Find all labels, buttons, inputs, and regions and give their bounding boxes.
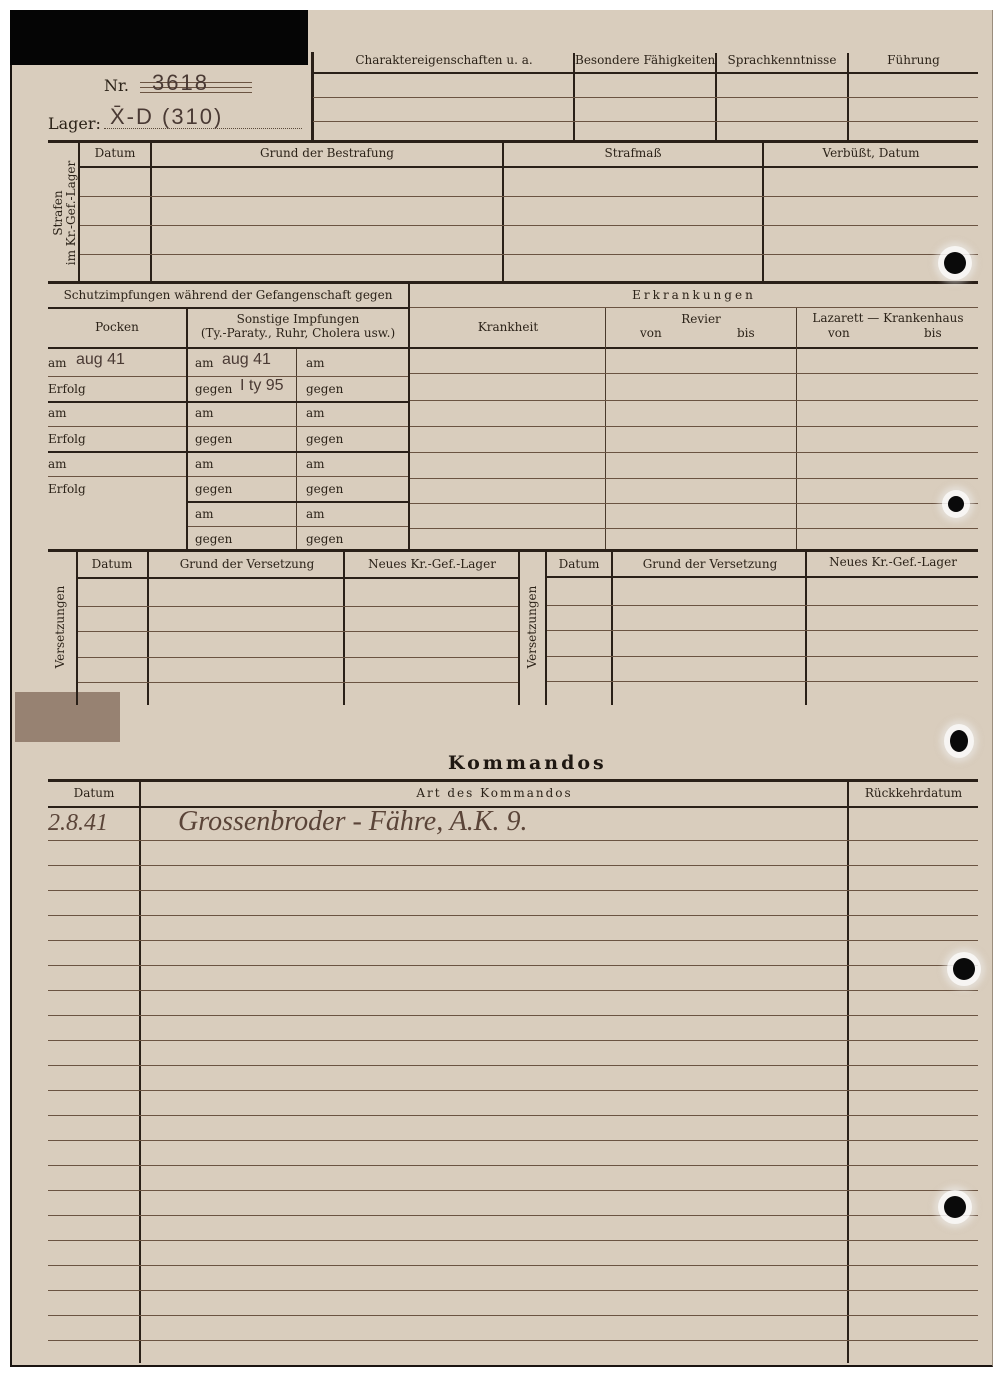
sonst-am-1b: am bbox=[306, 356, 325, 370]
punch-hole bbox=[953, 958, 975, 980]
sonstige-header-1: Sonstige Impfungen bbox=[237, 312, 360, 326]
kommandos-rule bbox=[48, 1215, 978, 1216]
kommandos-sep-1 bbox=[139, 781, 141, 1363]
top-header-rule bbox=[313, 72, 978, 74]
kommandos-rule bbox=[48, 1165, 978, 1166]
impfungen-header-rule bbox=[48, 347, 978, 349]
section-rule-top bbox=[48, 140, 978, 143]
sonst-rule-4 bbox=[188, 451, 408, 453]
vers-right-rule-3 bbox=[547, 656, 978, 657]
sonst-am-3b: am bbox=[306, 457, 325, 471]
kommandos-rule bbox=[48, 1315, 978, 1316]
col-sprachkenntnisse: Sprachkenntnisse bbox=[717, 53, 847, 67]
vers-left-header-rule bbox=[78, 577, 518, 579]
vers-right-col-datum: Datum bbox=[547, 557, 611, 571]
kommandos-title: Kommandos bbox=[448, 752, 607, 774]
vers-right-sep-1 bbox=[611, 552, 613, 705]
nr-label: Nr. bbox=[104, 76, 129, 95]
kommando-1-datum[interactable]: 2.8.41 bbox=[48, 810, 108, 837]
redaction-block bbox=[10, 10, 308, 65]
punch-hole bbox=[950, 730, 968, 752]
sonst-gegen-3a: gegen bbox=[195, 482, 232, 496]
vers-left-side-label: Versetzungen bbox=[53, 557, 67, 697]
punch-hole bbox=[944, 1196, 966, 1218]
strafen-side-sep bbox=[78, 143, 80, 282]
erk-sep-1 bbox=[605, 308, 606, 550]
sonst-gegen-1a: gegen bbox=[195, 382, 232, 396]
sonst-rule-6 bbox=[188, 501, 408, 503]
lager-value[interactable]: X̄-D (310) bbox=[110, 104, 223, 130]
kommandos-rule bbox=[48, 1340, 978, 1341]
sonstige-header-2: (Ty.-Paraty., Ruhr, Cholera usw.) bbox=[201, 326, 395, 340]
sonst-gegen-2a: gegen bbox=[195, 432, 232, 446]
lazarett-von: von bbox=[828, 326, 850, 340]
vers-left-rule-4 bbox=[78, 682, 518, 683]
vers-right-rule-4 bbox=[547, 681, 978, 682]
pocken-rule-2 bbox=[48, 401, 186, 403]
top-row-rule-1 bbox=[313, 97, 978, 98]
strafen-col-datum: Datum bbox=[80, 146, 150, 160]
impfungen-sep-2 bbox=[296, 349, 297, 550]
erk-rule-3 bbox=[410, 426, 978, 427]
strafen-col-verbuesst: Verbüßt, Datum bbox=[764, 146, 978, 160]
sonst-gegen-4a: gegen bbox=[195, 532, 232, 546]
pocken-header: Pocken bbox=[48, 320, 186, 334]
vers-right-col-lager: Neues Kr.-Gef.-Lager bbox=[808, 555, 978, 569]
vers-right-header-rule bbox=[547, 576, 978, 578]
pocken-erfolg-3: Erfolg bbox=[48, 482, 86, 496]
pocken-erfolg-1: Erfolg bbox=[48, 382, 86, 396]
sonst-am-4b: am bbox=[306, 507, 325, 521]
lager-label: Lager: bbox=[48, 114, 101, 133]
strafen-row-rule-1 bbox=[80, 196, 978, 197]
vers-right-sep-2 bbox=[805, 552, 807, 705]
nr-value[interactable]: 3618 bbox=[152, 70, 209, 96]
sonst-rule-3 bbox=[188, 426, 408, 427]
kommandos-top-rule bbox=[48, 779, 978, 782]
sonst-gegen-3b: gegen bbox=[306, 482, 343, 496]
erkrankungen-title-rule bbox=[410, 307, 978, 308]
kommandos-rule bbox=[48, 840, 978, 841]
tape-strip bbox=[15, 692, 120, 742]
sonst-am-4a: am bbox=[195, 507, 214, 521]
krankheit-header: Krankheit bbox=[410, 320, 606, 334]
kommandos-rule bbox=[48, 1065, 978, 1066]
sonst-gegen-4b: gegen bbox=[306, 532, 343, 546]
kommandos-sep-2 bbox=[847, 781, 849, 1363]
kommandos-rule bbox=[48, 1240, 978, 1241]
strafen-sep-1 bbox=[150, 143, 152, 282]
strafen-sep-2 bbox=[502, 143, 504, 282]
vers-right-rule-1 bbox=[547, 605, 978, 606]
kommandos-rule bbox=[48, 865, 978, 866]
sonst-gegen-1b: gegen bbox=[306, 382, 343, 396]
pocken-am-1-value[interactable]: aug 41 bbox=[76, 351, 125, 369]
pocken-rule-1 bbox=[48, 376, 186, 377]
pocken-rule-3 bbox=[48, 426, 186, 427]
col-charakter: Charaktereigenschaften u. a. bbox=[315, 53, 573, 67]
vers-right-rule-2 bbox=[547, 630, 978, 631]
kommandos-rule bbox=[48, 1040, 978, 1041]
strafen-side-label-2: im Kr.-Gef.-Lager bbox=[64, 161, 78, 266]
strafen-side-label: Strafen im Kr.-Gef.-Lager bbox=[52, 143, 78, 283]
punch-hole bbox=[944, 252, 966, 274]
vers-left-col-lager: Neues Kr.-Gef.-Lager bbox=[346, 557, 518, 571]
impfungen-sep-1 bbox=[186, 308, 188, 550]
pocken-am-2: am bbox=[48, 406, 67, 420]
vers-right-col-grund: Grund der Versetzung bbox=[614, 557, 806, 571]
impfungen-title-rule bbox=[48, 307, 408, 309]
sonst-am-2a: am bbox=[195, 406, 214, 420]
revier-bis: bis bbox=[737, 326, 755, 340]
pocken-rule-4 bbox=[48, 451, 186, 453]
kommandos-rule bbox=[48, 965, 978, 966]
revier-von: von bbox=[640, 326, 662, 340]
kommandos-col-rueckkehr: Rückkehrdatum bbox=[849, 786, 978, 800]
sonstige-header: Sonstige Impfungen (Ty.-Paraty., Ruhr, C… bbox=[188, 312, 408, 340]
erk-rule-6 bbox=[410, 503, 978, 504]
col-fuehrung: Führung bbox=[849, 53, 978, 67]
strafen-row-rule-3 bbox=[80, 254, 978, 255]
sonst-rule-5 bbox=[188, 476, 408, 477]
sonst-rule-2 bbox=[188, 401, 408, 403]
kommandos-rule bbox=[48, 1290, 978, 1291]
sonst-am-3a: am bbox=[195, 457, 214, 471]
revier-header: Revier bbox=[606, 312, 796, 326]
vers-left-rule-1 bbox=[78, 606, 518, 607]
pocken-erfolg-2: Erfolg bbox=[48, 432, 86, 446]
sonst-am-1a-value[interactable]: aug 41 bbox=[222, 351, 271, 369]
strafen-col-grund: Grund der Bestrafung bbox=[152, 146, 502, 160]
erk-rule-1 bbox=[410, 373, 978, 374]
sonst-rule-7 bbox=[188, 526, 408, 527]
erk-sep-2 bbox=[796, 308, 797, 550]
vers-left-col-datum: Datum bbox=[78, 557, 146, 571]
pocken-am-3: am bbox=[48, 457, 67, 471]
punch-hole bbox=[948, 496, 964, 512]
erk-rule-4 bbox=[410, 452, 978, 453]
vers-left-col-grund: Grund der Versetzung bbox=[150, 557, 344, 571]
vers-left-rule-3 bbox=[78, 657, 518, 658]
vers-left-rule-2 bbox=[78, 631, 518, 632]
kommando-1-art[interactable]: Grossenbroder - Fähre, A.K. 9. bbox=[178, 806, 527, 838]
kommandos-rule bbox=[48, 990, 978, 991]
sonst-gegen-1a-value[interactable]: I ty 95 bbox=[240, 377, 284, 395]
kommandos-rule bbox=[48, 1190, 978, 1191]
kommandos-rule bbox=[48, 1140, 978, 1141]
erk-rule-2 bbox=[410, 400, 978, 401]
vers-right-side-label: Versetzungen bbox=[525, 557, 539, 697]
kommandos-rule bbox=[48, 1015, 978, 1016]
sonst-am-1a: am bbox=[195, 356, 214, 370]
kommandos-rule bbox=[48, 940, 978, 941]
erkrankungen-title: Erkrankungen bbox=[410, 288, 978, 302]
strafen-header-rule bbox=[80, 166, 978, 168]
pocken-rule-5 bbox=[48, 476, 186, 477]
col-faehigkeiten: Besondere Fähigkeiten bbox=[575, 53, 715, 67]
kommandos-col-art: Art des Kommandos bbox=[142, 786, 847, 800]
strafen-sep-3 bbox=[762, 143, 764, 282]
strafen-row-rule-2 bbox=[80, 225, 978, 226]
vers-right-outer-sep bbox=[518, 552, 520, 705]
sonst-rule-1 bbox=[188, 376, 408, 377]
section-rule-impfungen bbox=[48, 549, 978, 552]
vers-right-side-sep bbox=[545, 552, 547, 705]
kommandos-rule bbox=[48, 915, 978, 916]
strafen-side-label-1: Strafen bbox=[51, 190, 65, 235]
top-row-rule-2 bbox=[313, 121, 978, 122]
sonst-gegen-2b: gegen bbox=[306, 432, 343, 446]
section-rule-strafen bbox=[48, 281, 978, 284]
kommandos-rule bbox=[48, 890, 978, 891]
erk-rule-7 bbox=[410, 528, 978, 529]
lazarett-header: Lazarett — Krankenhaus bbox=[798, 311, 978, 325]
lazarett-bis: bis bbox=[924, 326, 942, 340]
sonst-am-2b: am bbox=[306, 406, 325, 420]
impfungen-title: Schutzimpfungen während der Gefangenscha… bbox=[48, 288, 408, 302]
strafen-col-strafmass: Strafmaß bbox=[504, 146, 762, 160]
pocken-am-1: am bbox=[48, 356, 67, 370]
kommandos-rule bbox=[48, 1115, 978, 1116]
kommandos-col-datum: Datum bbox=[48, 786, 140, 800]
kommandos-rule bbox=[48, 1090, 978, 1091]
erk-rule-5 bbox=[410, 478, 978, 479]
kommandos-rule bbox=[48, 1265, 978, 1266]
